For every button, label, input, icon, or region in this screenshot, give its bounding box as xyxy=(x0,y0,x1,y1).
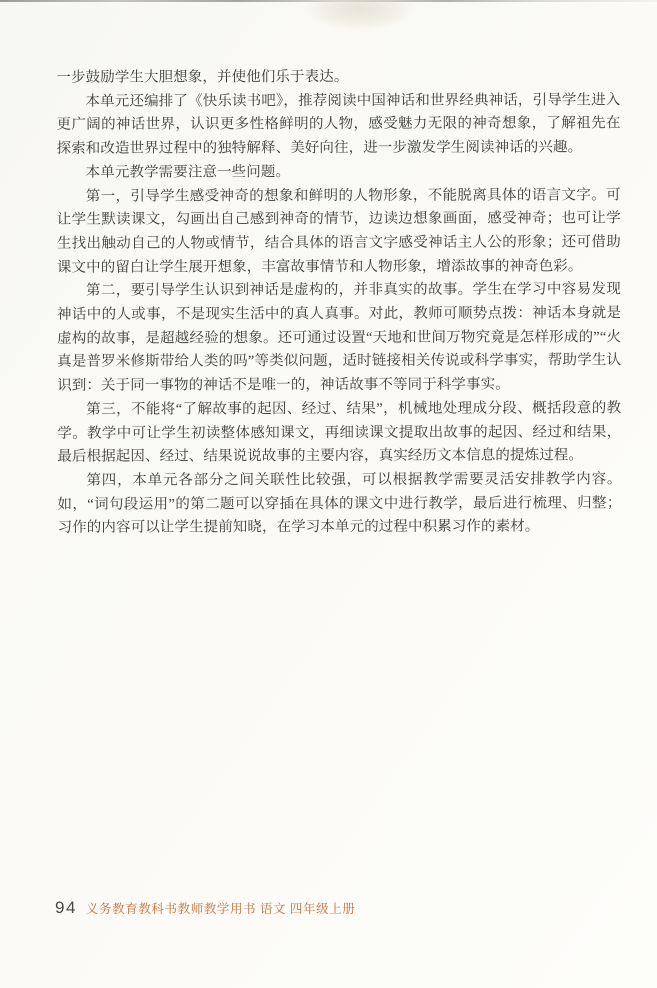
body-paragraph: 第三，不能将“了解故事的起因、经过、结果”，机械地处理成分段、概括段意的教学。教… xyxy=(57,397,621,470)
body-paragraph: 第二，要引导学生认识到神话是虚构的，并非真实的故事。学生在学习中容易发现神话中的… xyxy=(57,279,621,399)
scanned-book-page: 一步鼓励学生大胆想象，并使他们乐于表达。 本单元还编排了《快乐读书吧》，推荐阅读… xyxy=(0,0,657,988)
body-paragraph: 第一，引导学生感受神奇的想象和鲜明的人物形象，不能脱离具体的语言文字。可让学生默… xyxy=(57,184,621,280)
page-number: 94 xyxy=(55,898,77,918)
body-paragraph: 本单元教学需要注意一些问题。 xyxy=(57,160,621,185)
body-paragraph: 一步鼓励学生大胆想象，并使他们乐于表达。 xyxy=(56,65,620,90)
page-body-text: 一步鼓励学生大胆想象，并使他们乐于表达。 本单元还编排了《快乐读书吧》，推荐阅读… xyxy=(56,65,621,541)
paper-smudge-artifact xyxy=(305,0,415,30)
body-paragraph: 第四，本单元各部分之间关联性比较强，可以根据教学需要灵活安排教学内容。如，“词句… xyxy=(57,468,621,541)
book-title: 义务教育教科书教师教学用书 语文 四年级上册 xyxy=(86,899,355,917)
page-footer: 94 义务教育教科书教师教学用书 语文 四年级上册 xyxy=(55,898,355,918)
body-paragraph: 本单元还编排了《快乐读书吧》，推荐阅读中国神话和世界经典神话，引导学生进入更广阔… xyxy=(56,89,620,162)
